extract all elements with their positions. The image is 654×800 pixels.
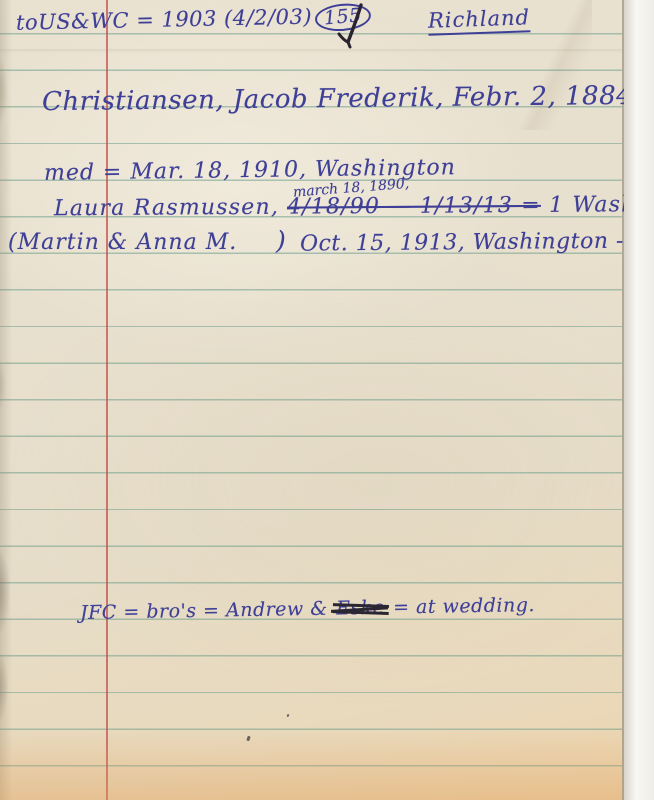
name-line-text: Christiansen, Jacob Frederik, Febr. 2, 1… <box>42 79 654 117</box>
aged-bottom-edge <box>0 728 622 800</box>
footnote-suffix: = at wedding. <box>386 594 535 619</box>
marriage-date-line: Oct. 15, 1913, Washington - PV <box>300 228 654 256</box>
ruled-lines <box>0 33 622 800</box>
scanned-notebook-page: toUS&WC = 1903 (4/2/03)155 Richland Chri… <box>0 0 654 800</box>
date-correction: march 18, 1890,4/18/90 — 1/13/13 = <box>287 193 541 220</box>
spouse-name: Laura Rasmussen, <box>54 195 279 222</box>
spouse-line: Laura Rasmussen,march 18, 1890,4/18/90 —… <box>54 192 654 222</box>
place-note: Richland <box>428 5 531 36</box>
name-line: Christiansen, Jacob Frederik, Febr. 2, 1… <box>42 74 654 117</box>
paper-sheet: toUS&WC = 1903 (4/2/03)155 Richland Chri… <box>0 0 624 800</box>
scanner-background <box>624 0 654 800</box>
checkmark-icon <box>330 2 368 52</box>
footnote-prefix: JFC = bro's = Andrew & <box>80 598 335 624</box>
red-margin-line <box>106 0 108 800</box>
scribbled-out-name: Eske <box>334 597 387 620</box>
immigration-note-text: toUS&WC = 1903 (4/2/03) <box>16 5 313 35</box>
parents-close-paren: ) <box>276 226 286 255</box>
parents-names: (Martin & Anna M. <box>8 230 237 255</box>
